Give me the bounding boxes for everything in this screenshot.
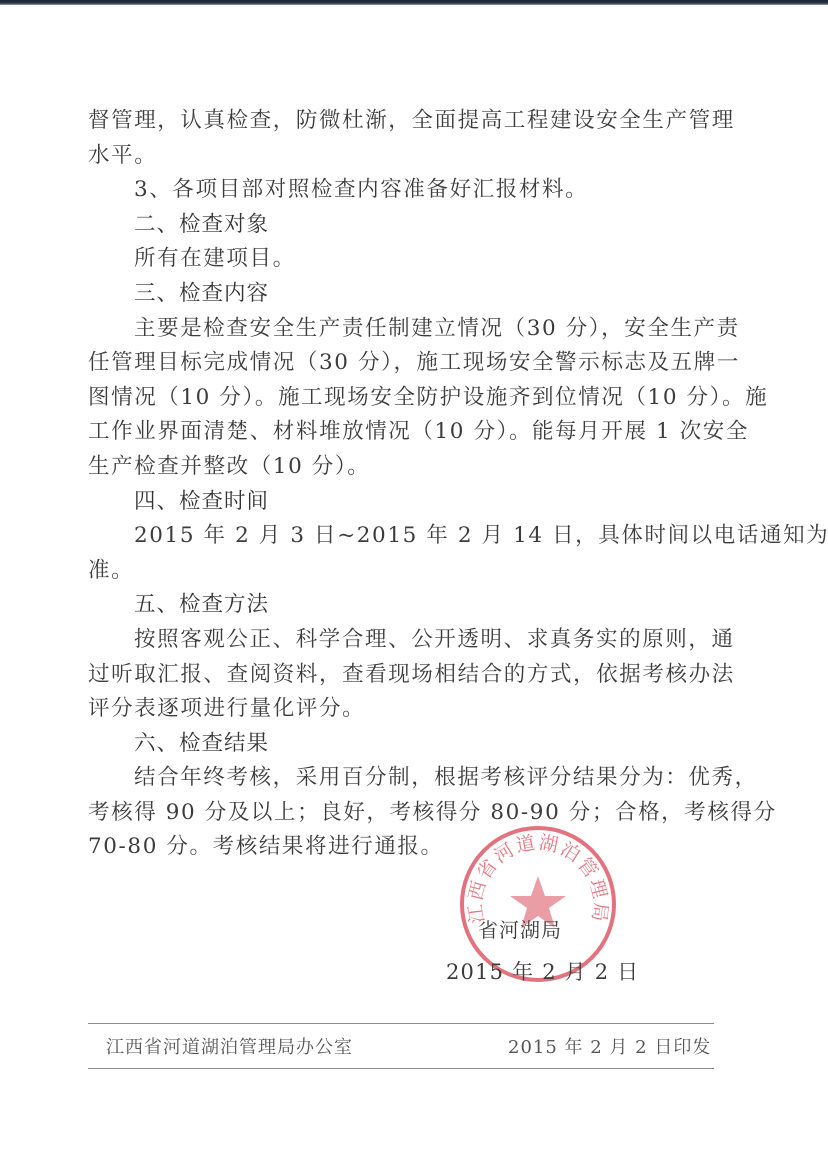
signature-organization: 省河湖局	[478, 914, 562, 943]
scan-top-edge	[0, 0, 828, 5]
body-line: 按照客观公正、科学合理、公开透明、求真务实的原则，通	[88, 623, 722, 658]
body-line: 主要是检查安全生产责任制建立情况（30 分），安全生产责	[88, 312, 722, 347]
body-line: 3、各项目部对照检查内容准备好汇报材料。	[88, 173, 728, 208]
body-line: 过听取汇报、查阅资料，查看现场相结合的方式，依据考核办法	[88, 658, 722, 693]
signature-date: 2015 年 2 月 2 日	[446, 956, 639, 986]
footer-issuer: 江西省河道湖泊管理局办公室	[106, 1033, 353, 1059]
footer-issue-date: 2015 年 2 月 2 日印发	[508, 1033, 711, 1059]
body-line: 2015 年 2 月 3 日~2015 年 2 月 14 日，具体时间以电话通知…	[88, 519, 722, 554]
body-line: 图情况（10 分）。施工现场安全防护设施齐到位情况（10 分）。施	[88, 381, 722, 416]
footer-rule-top	[88, 1023, 714, 1024]
section-heading-content: 三、检查内容	[88, 277, 728, 312]
body-line: 评分表逐项进行量化评分。	[88, 692, 728, 727]
body-line: 工作业界面清楚、材料堆放情况（10 分）。能每月开展 1 次安全	[88, 415, 722, 450]
body-line: 准。	[88, 554, 728, 589]
body-line: 督管理，认真检查，防微杜渐，全面提高工程建设安全生产管理	[88, 104, 722, 139]
body-line: 生产检查并整改（10 分）。	[88, 450, 728, 485]
document-body: 督管理，认真检查，防微杜渐，全面提高工程建设安全生产管理 水平。 3、各项目部对…	[88, 104, 728, 865]
footer-rule-bottom	[88, 1068, 714, 1069]
section-heading-method: 五、检查方法	[88, 588, 728, 623]
body-line: 70-80 分。考核结果将进行通报。	[88, 830, 728, 865]
body-line: 考核得 90 分及以上；良好，考核得分 80-90 分；合格，考核得分	[88, 796, 722, 831]
body-line: 所有在建项目。	[88, 242, 728, 277]
section-heading-objects: 二、检查对象	[88, 208, 728, 243]
body-line: 结合年终考核，采用百分制，根据考核评分结果分为：优秀，	[88, 761, 722, 796]
section-heading-results: 六、检查结果	[88, 727, 728, 762]
section-heading-time: 四、检查时间	[88, 485, 728, 520]
body-line: 任管理目标完成情况（30 分），施工现场安全警示标志及五牌一	[88, 346, 722, 381]
body-line: 水平。	[88, 139, 728, 174]
